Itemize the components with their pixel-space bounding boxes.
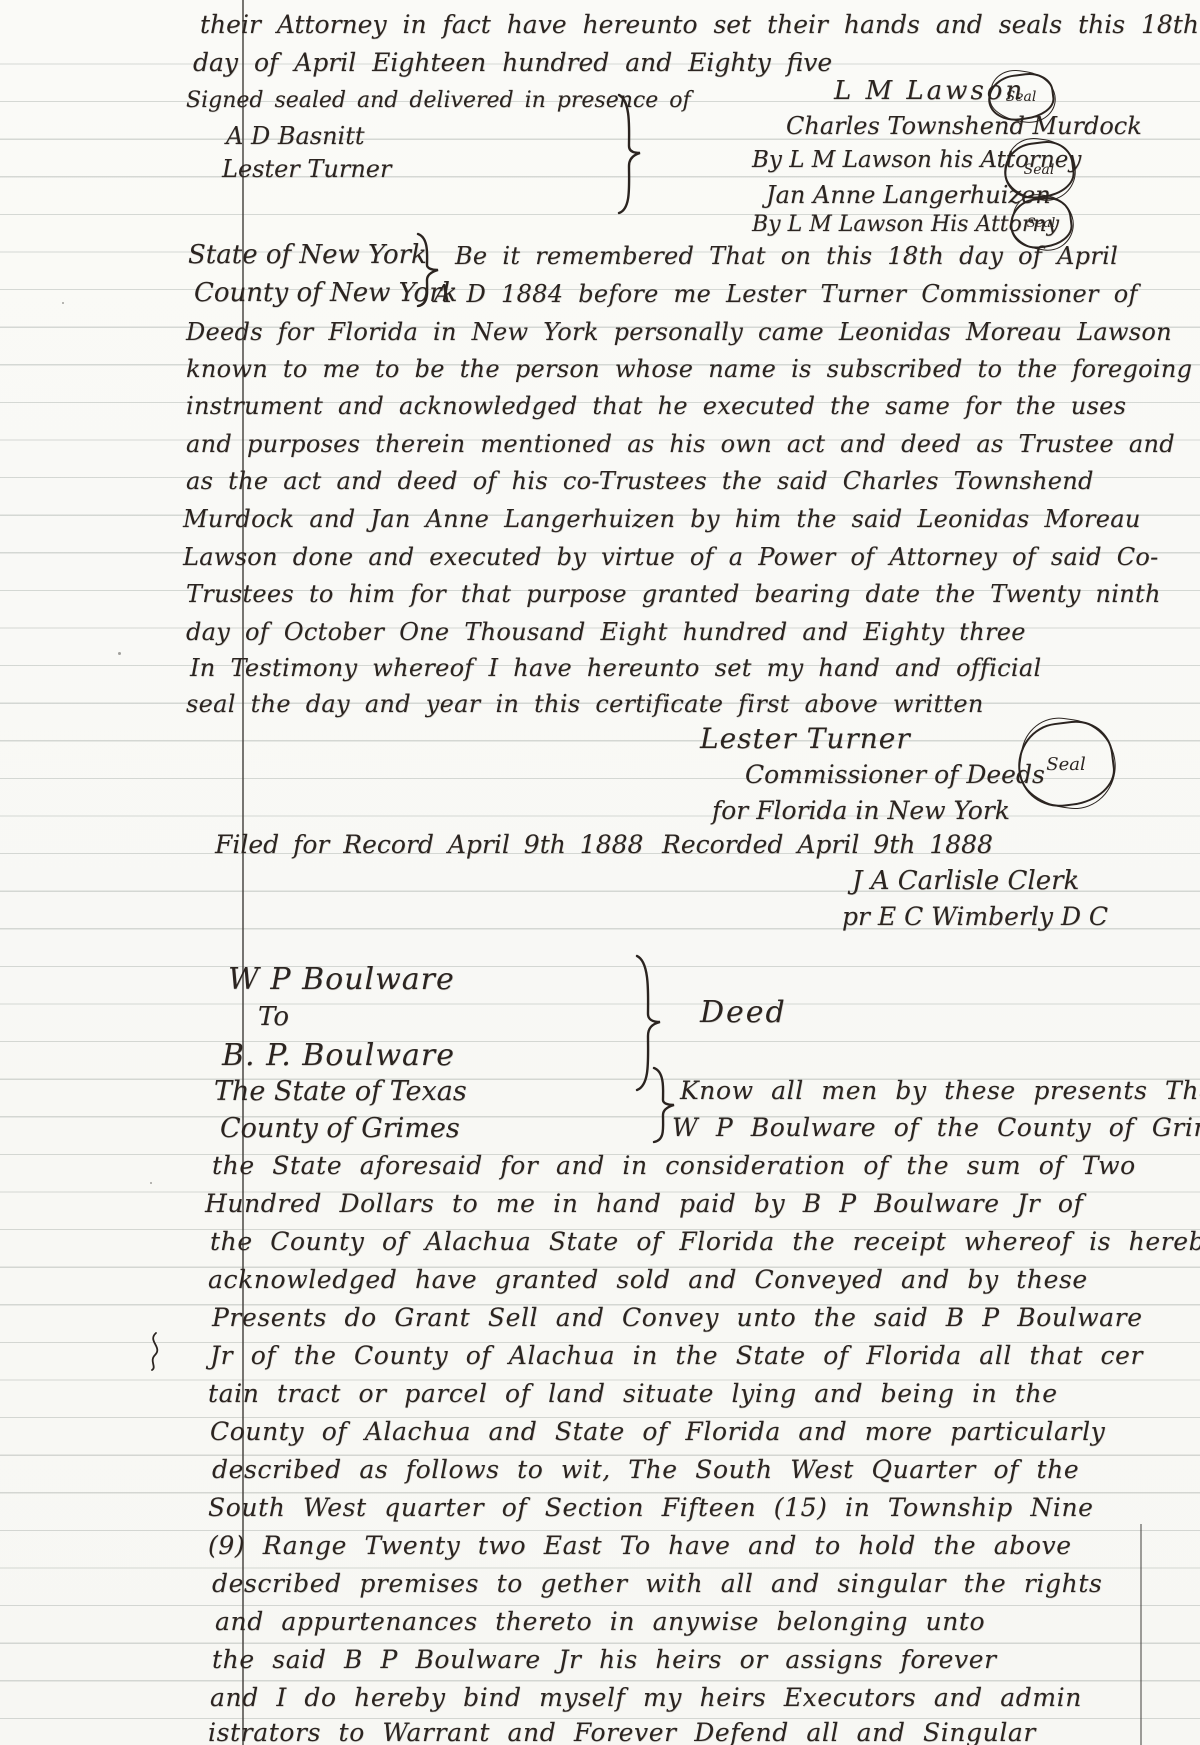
manuscript-line: described as follows to wit, The South W… — [212, 1455, 1079, 1484]
manuscript-line: known to me to be the person whose name … — [186, 355, 1192, 383]
manuscript-line: Deeds for Florida in New York personally… — [186, 318, 1172, 346]
manuscript-line: instrument and acknowledged that he exec… — [186, 392, 1126, 420]
seal-scribble: Seal — [1010, 198, 1072, 248]
manuscript-line: day of October One Thousand Eight hundre… — [186, 618, 1026, 646]
grantee-name: B. P. Boulware — [222, 1038, 455, 1073]
seal-label: Seal — [1010, 198, 1072, 248]
manuscript-line: W P Boulware of the County of Grimes in — [672, 1113, 1200, 1142]
deed-book-page: their Attorney in fact have hereunto set… — [0, 0, 1200, 1745]
recording-note: Recorded April 9th 1888 — [662, 830, 993, 859]
manuscript-line: South West quarter of Section Fifteen (1… — [208, 1493, 1094, 1522]
manuscript-line: day of April Eighteen hundred and Eighty… — [193, 48, 832, 77]
officer-jurisdiction: for Florida in New York — [712, 796, 1010, 825]
witness-brace — [612, 92, 646, 216]
grantor-name: W P Boulware — [228, 962, 455, 997]
manuscript-line: In Testimony whereof I have hereunto set… — [190, 654, 1041, 682]
manuscript-line: the State aforesaid for and in considera… — [212, 1151, 1136, 1180]
manuscript-line: as the act and deed of his co-Trustees t… — [186, 467, 1094, 495]
manuscript-line: (9) Range Twenty two East To have and to… — [208, 1531, 1072, 1560]
manuscript-line: County of Alachua and State of Florida a… — [210, 1417, 1105, 1446]
manuscript-line: Trustees to him for that purpose granted… — [186, 580, 1161, 608]
notary-seal-scribble: Seal — [1018, 722, 1114, 806]
manuscript-line: Know all men by these presents That I — [680, 1076, 1200, 1105]
manuscript-line: Hundred Dollars to me in hand paid by B … — [205, 1189, 1083, 1218]
signature-name: Charles Townshend Murdock — [786, 112, 1142, 140]
manuscript-line: istrators to Warrant and Forever Defend … — [208, 1718, 1036, 1745]
manuscript-line: acknowledged have granted sold and Conve… — [208, 1265, 1088, 1294]
venue-line: State of New York — [188, 240, 427, 270]
officer-name: Lester Turner — [700, 722, 911, 755]
manuscript-line: Murdock and Jan Anne Langerhuizen by him… — [183, 505, 1141, 533]
witness-name: A D Basnitt — [226, 122, 365, 150]
manuscript-line: and I do hereby bind myself my heirs Exe… — [210, 1683, 1082, 1712]
instrument-title: Deed — [700, 995, 787, 1030]
manuscript-line: seal the day and year in this certificat… — [186, 690, 984, 718]
manuscript-line: described premises to gether with all an… — [212, 1569, 1102, 1598]
bottom-right-rule — [1140, 1524, 1142, 1745]
manuscript-line: tain tract or parcel of land situate lyi… — [208, 1379, 1058, 1408]
seal-label: Seal — [1018, 722, 1114, 806]
manuscript-line: Be it remembered That on this 18th day o… — [455, 242, 1118, 270]
manuscript-line: Jr of the County of Alachua in the State… — [210, 1341, 1143, 1370]
manuscript-line: and purposes therein mentioned as his ow… — [186, 430, 1175, 458]
margin-flourish-icon — [142, 1330, 166, 1372]
party-connector: To — [258, 1002, 289, 1032]
manuscript-line: the said B P Boulware Jr his heirs or as… — [212, 1645, 997, 1674]
officer-title: Commissioner of Deeds — [745, 760, 1045, 789]
manuscript-line: Presents do Grant Sell and Convey unto t… — [212, 1303, 1143, 1332]
filing-note: Filed for Record April 9th 1888 — [215, 830, 643, 859]
venue-line: County of Grimes — [220, 1113, 460, 1144]
signature-name: Jan Anne Langerhuizen — [766, 181, 1051, 209]
venue-line: The State of Texas — [214, 1076, 467, 1107]
manuscript-line: and appurtenances thereto in anywise bel… — [215, 1607, 985, 1636]
manuscript-line: their Attorney in fact have hereunto set… — [200, 10, 1199, 39]
deputy-clerk-signature: pr E C Wimberly D C — [842, 902, 1108, 931]
manuscript-line: Lawson done and executed by virtue of a … — [183, 543, 1159, 571]
clerk-signature: J A Carlisle Clerk — [852, 866, 1079, 896]
manuscript-line: the County of Alachua State of Florida t… — [210, 1227, 1200, 1256]
witness-name: Lester Turner — [222, 155, 391, 183]
manuscript-line: A D 1884 before me Lester Turner Commiss… — [434, 280, 1138, 308]
